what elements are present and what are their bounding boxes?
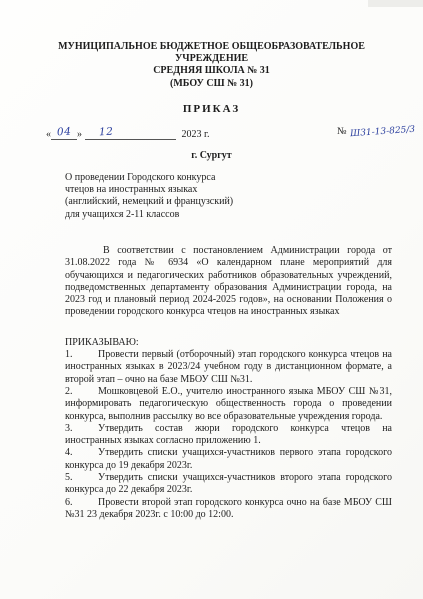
preamble-paragraph: В соответствии с постановлением Админист… — [65, 245, 392, 319]
order-item-text: Утвердить списки учащихся-участников вто… — [65, 472, 392, 495]
order-item: 2.Мошковцевой Е.О., учителю иностранного… — [65, 386, 392, 423]
order-items-list: 1.Провести первый (отборочный) этап горо… — [65, 349, 392, 521]
date-number-row: «04» 122023 г. №Ш31-13-825/3 — [0, 126, 423, 141]
order-item-number: 6. — [65, 497, 98, 509]
org-header-line: СРЕДНЯЯ ШКОЛА № 31 — [0, 65, 423, 77]
order-number-group: №Ш31-13-825/3 — [337, 126, 415, 137]
date-year-label: 2023 г. — [182, 129, 210, 140]
order-item-text: Мошковцевой Е.О., учителю иностранного я… — [65, 386, 392, 422]
order-item: 1.Провести первый (отборочный) этап горо… — [65, 349, 392, 386]
document-title: ПРИКАЗ — [0, 103, 423, 115]
order-item-text: Провести второй этап городского конкурса… — [65, 497, 392, 520]
order-item: 5.Утвердить списки учащихся-участников в… — [65, 472, 392, 497]
org-header-line: (МБОУ СШ № 31) — [0, 78, 423, 90]
order-item-number: 5. — [65, 472, 98, 484]
scan-artifact — [368, 0, 423, 7]
subject-line: О проведении Городского конкурса — [65, 172, 392, 184]
order-item-text: Утвердить состав жюри городского конкурс… — [65, 423, 392, 446]
order-item: 4.Утвердить списки учащихся-участников п… — [65, 447, 392, 472]
order-item-number: 3. — [65, 423, 98, 435]
order-item: 6.Провести второй этап городского конкур… — [65, 497, 392, 522]
city-line: г. Сургут — [0, 150, 423, 161]
order-item-number: 2. — [65, 386, 98, 398]
subject-line: (английский, немецкий и французский) — [65, 196, 392, 208]
order-item: 3.Утвердить состав жюри городского конку… — [65, 423, 392, 448]
date-close-quote: » — [77, 129, 82, 140]
date-day-blank: 04 — [51, 126, 77, 140]
handwritten-month: 12 — [98, 125, 113, 138]
date-month-blank: 12 — [85, 126, 176, 140]
org-header-line: УЧРЕЖДЕНИЕ — [0, 53, 423, 65]
order-item-number: 1. — [65, 349, 98, 361]
org-header-line: МУНИЦИПАЛЬНОЕ БЮДЖЕТНОЕ ОБЩЕОБРАЗОВАТЕЛЬ… — [0, 41, 423, 53]
subject-line: чтецов на иностранных языках — [65, 184, 392, 196]
org-header: МУНИЦИПАЛЬНОЕ БЮДЖЕТНОЕ ОБЩЕОБРАЗОВАТЕЛЬ… — [0, 0, 423, 90]
handwritten-order-number: Ш31-13-825/3 — [349, 125, 415, 140]
number-label: № — [337, 126, 347, 137]
order-item-text: Утвердить списки учащихся-участников пер… — [65, 447, 392, 470]
subject-line: для учащихся 2-11 классов — [65, 209, 392, 221]
order-item-number: 4. — [65, 447, 98, 459]
resolution-word: ПРИКАЗЫВАЮ: — [65, 337, 392, 349]
subject-block: О проведении Городского конкурсачтецов н… — [65, 172, 392, 221]
handwritten-day: 04 — [57, 125, 72, 138]
order-item-text: Провести первый (отборочный) этап городс… — [65, 349, 392, 385]
document-page: МУНИЦИПАЛЬНОЕ БЮДЖЕТНОЕ ОБЩЕОБРАЗОВАТЕЛЬ… — [0, 0, 423, 599]
